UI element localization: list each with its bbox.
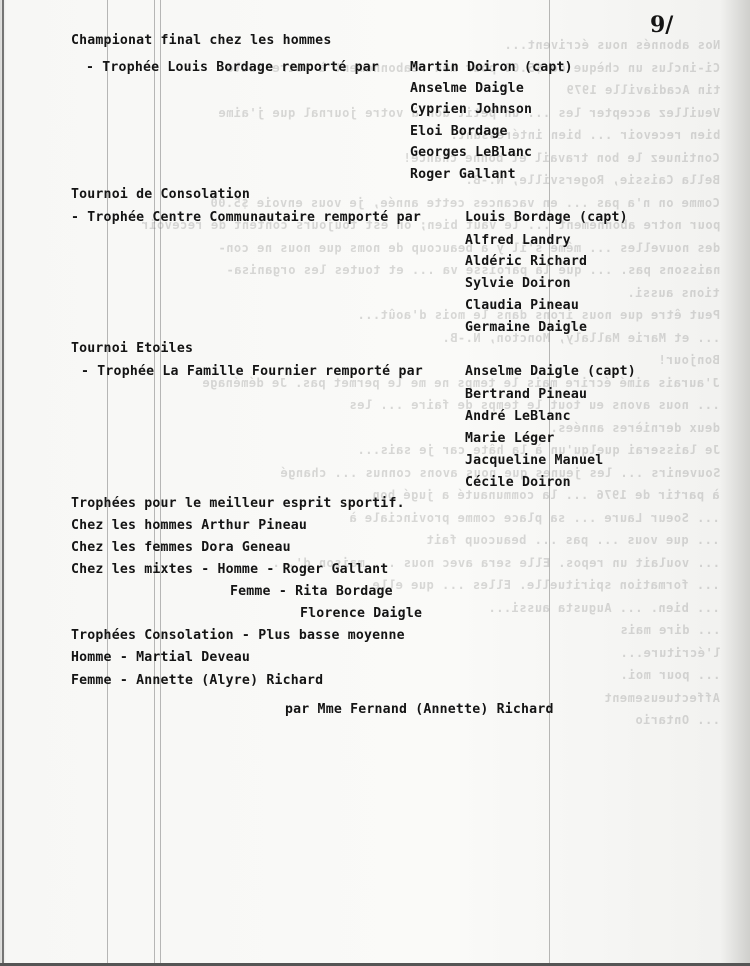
player-name: Germaine Daigle	[465, 320, 587, 336]
player-name: Alfred Landry	[465, 233, 571, 249]
bleed-through-line: l'écriture...	[620, 646, 720, 660]
section-heading-plus-basse-moyenne: Trophées Consolation - Plus basse moyenn…	[71, 628, 405, 644]
award-moyenne-homme: Homme - Martial Deveau	[71, 650, 250, 666]
bleed-through-line: ... que vous ... pas ... beaucoup fait	[426, 533, 720, 547]
section-heading-consolation: Tournoi de Consolation	[71, 187, 250, 203]
bleed-through-line: ... dire mais	[620, 623, 720, 637]
scanned-document-page: Nos abonnés nous écrivent...Ci-inclus un…	[0, 0, 750, 966]
signature-line: par Mme Fernand (Annette) Richard	[285, 702, 554, 718]
award-femmes: Chez les femmes Dora Geneau	[71, 540, 291, 556]
player-name: Anselme Daigle (capt)	[465, 364, 636, 380]
page-number: 9/	[650, 12, 673, 38]
trophy-line-consolation: - Trophée Centre Communautaire remporté …	[71, 210, 421, 226]
scan-fold-line	[154, 0, 155, 966]
player-name: Georges LeBlanc	[410, 145, 532, 161]
section-heading-championnat: Championat final chez les hommes	[71, 33, 331, 49]
bleed-through-line: Nos abonnés nous écrivent...	[504, 38, 720, 52]
bleed-through-line: ... formation spirituelle. Elles ... que…	[372, 578, 720, 592]
player-name: Louis Bordage (capt)	[465, 210, 628, 226]
bleed-through-line: Comme on n'a pas ... en vacances cette a…	[210, 196, 720, 210]
award-moyenne-femme: Femme - Annette (Alyre) Richard	[71, 673, 323, 689]
section-heading-sportif: Trophées pour le meilleur esprit sportif…	[71, 496, 405, 512]
trophy-line-etoiles: - Trophée La Famille Fournier remporté p…	[81, 364, 423, 380]
bleed-through-line: ... pour moi.	[620, 668, 720, 682]
bleed-through-line: deux dernières années.	[550, 421, 720, 435]
bleed-through-line: ... bien. ... Augusta aussi...	[488, 601, 720, 615]
bleed-through-line: tin Acadiaville 1979	[566, 83, 721, 97]
award-mixtes-femme-2: Florence Daigle	[300, 606, 422, 622]
player-name: Cyprien Johnson	[410, 102, 532, 118]
award-mixtes-femme: Femme - Rita Bordage	[230, 584, 393, 600]
bleed-through-line: ... Ontario	[635, 713, 720, 727]
player-name: Anselme Daigle	[410, 81, 524, 97]
player-name: Eloi Bordage	[410, 124, 508, 140]
player-name: Sylvie Doiron	[465, 276, 571, 292]
player-name: Roger Gallant	[410, 167, 516, 183]
player-name: Jacqueline Manuel	[465, 453, 603, 469]
player-name: Aldéric Richard	[465, 254, 587, 270]
scan-fold-line	[107, 0, 108, 966]
player-name: Claudia Pineau	[465, 298, 579, 314]
bleed-through-line: Affectueusement	[604, 691, 720, 705]
bleed-through-line: ... Soeur Laure ... sa place comme provi…	[349, 511, 720, 525]
player-name: Martin Doiron (capt)	[410, 60, 573, 76]
player-name: André LeBlanc	[465, 409, 571, 425]
trophy-line-championnat: - Trophée Louis Bordage remporté par	[86, 60, 379, 76]
bleed-through-line: Bonjour!	[658, 353, 720, 367]
player-name: Marie Léger	[465, 431, 555, 447]
scan-fold-line	[160, 0, 161, 966]
player-name: Cécile Doiron	[465, 475, 571, 491]
player-name: Bertrand Pineau	[465, 387, 587, 403]
award-mixtes-homme: Chez les mixtes - Homme - Roger Gallant	[71, 562, 388, 578]
bleed-through-line: tions aussi.	[627, 286, 720, 300]
section-heading-etoiles: Tournoi Etoiles	[71, 341, 193, 357]
scan-left-edge	[2, 0, 4, 966]
award-hommes: Chez les hommes Arthur Pineau	[71, 518, 307, 534]
